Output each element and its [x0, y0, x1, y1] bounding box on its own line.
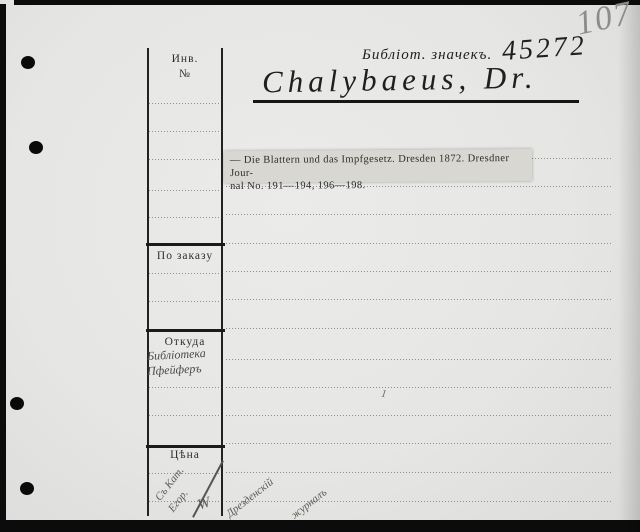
ruled-line-column — [149, 301, 221, 302]
ruled-line — [226, 299, 612, 300]
ruled-line — [226, 359, 612, 360]
ruled-line-column — [149, 190, 221, 191]
scan-edge-bottom — [0, 520, 640, 532]
ruled-line — [226, 387, 612, 388]
inventory-number-label: Инв. — [148, 53, 222, 65]
ruled-line — [226, 328, 612, 329]
scan-shadow-right — [618, 0, 640, 532]
price-label: Цѣна — [148, 449, 222, 461]
order-label: По заказу — [148, 250, 222, 262]
ruled-line — [226, 443, 612, 444]
ruled-line — [226, 214, 612, 215]
author-underline — [253, 100, 579, 103]
pasted-clipping: — Die Blattern und das Impfgesetz. Dresd… — [224, 149, 532, 183]
clipping-line-2: nal No. 191—194, 196—198. — [230, 178, 526, 193]
ruled-line-column — [149, 103, 221, 104]
section-divider — [146, 329, 225, 332]
ruled-line-column — [149, 273, 221, 274]
punch-hole — [21, 56, 35, 69]
ruled-line — [226, 271, 612, 272]
section-divider — [146, 243, 225, 246]
ruled-line — [226, 472, 612, 473]
punch-hole — [20, 482, 34, 495]
ruled-line-column — [149, 387, 221, 388]
section-divider — [146, 445, 225, 448]
punch-hole — [10, 397, 24, 410]
scan-edge-top — [14, 0, 640, 5]
ruled-line-column — [149, 159, 221, 160]
inventory-number-label-symbol: № — [148, 68, 222, 80]
scan-edge-left — [0, 4, 6, 532]
ruled-line — [226, 243, 612, 244]
ruled-line — [226, 501, 612, 502]
author-heading-handwriting: Chalybaeus, Dr. — [262, 60, 538, 101]
ruled-line-column — [149, 217, 221, 218]
ruled-line-column — [149, 131, 221, 132]
ruled-line — [226, 415, 612, 416]
clipping-line-1: — Die Blattern und das Impfgesetz. Dresd… — [230, 152, 526, 180]
ruled-line-column — [149, 415, 221, 416]
punch-hole — [29, 141, 43, 154]
